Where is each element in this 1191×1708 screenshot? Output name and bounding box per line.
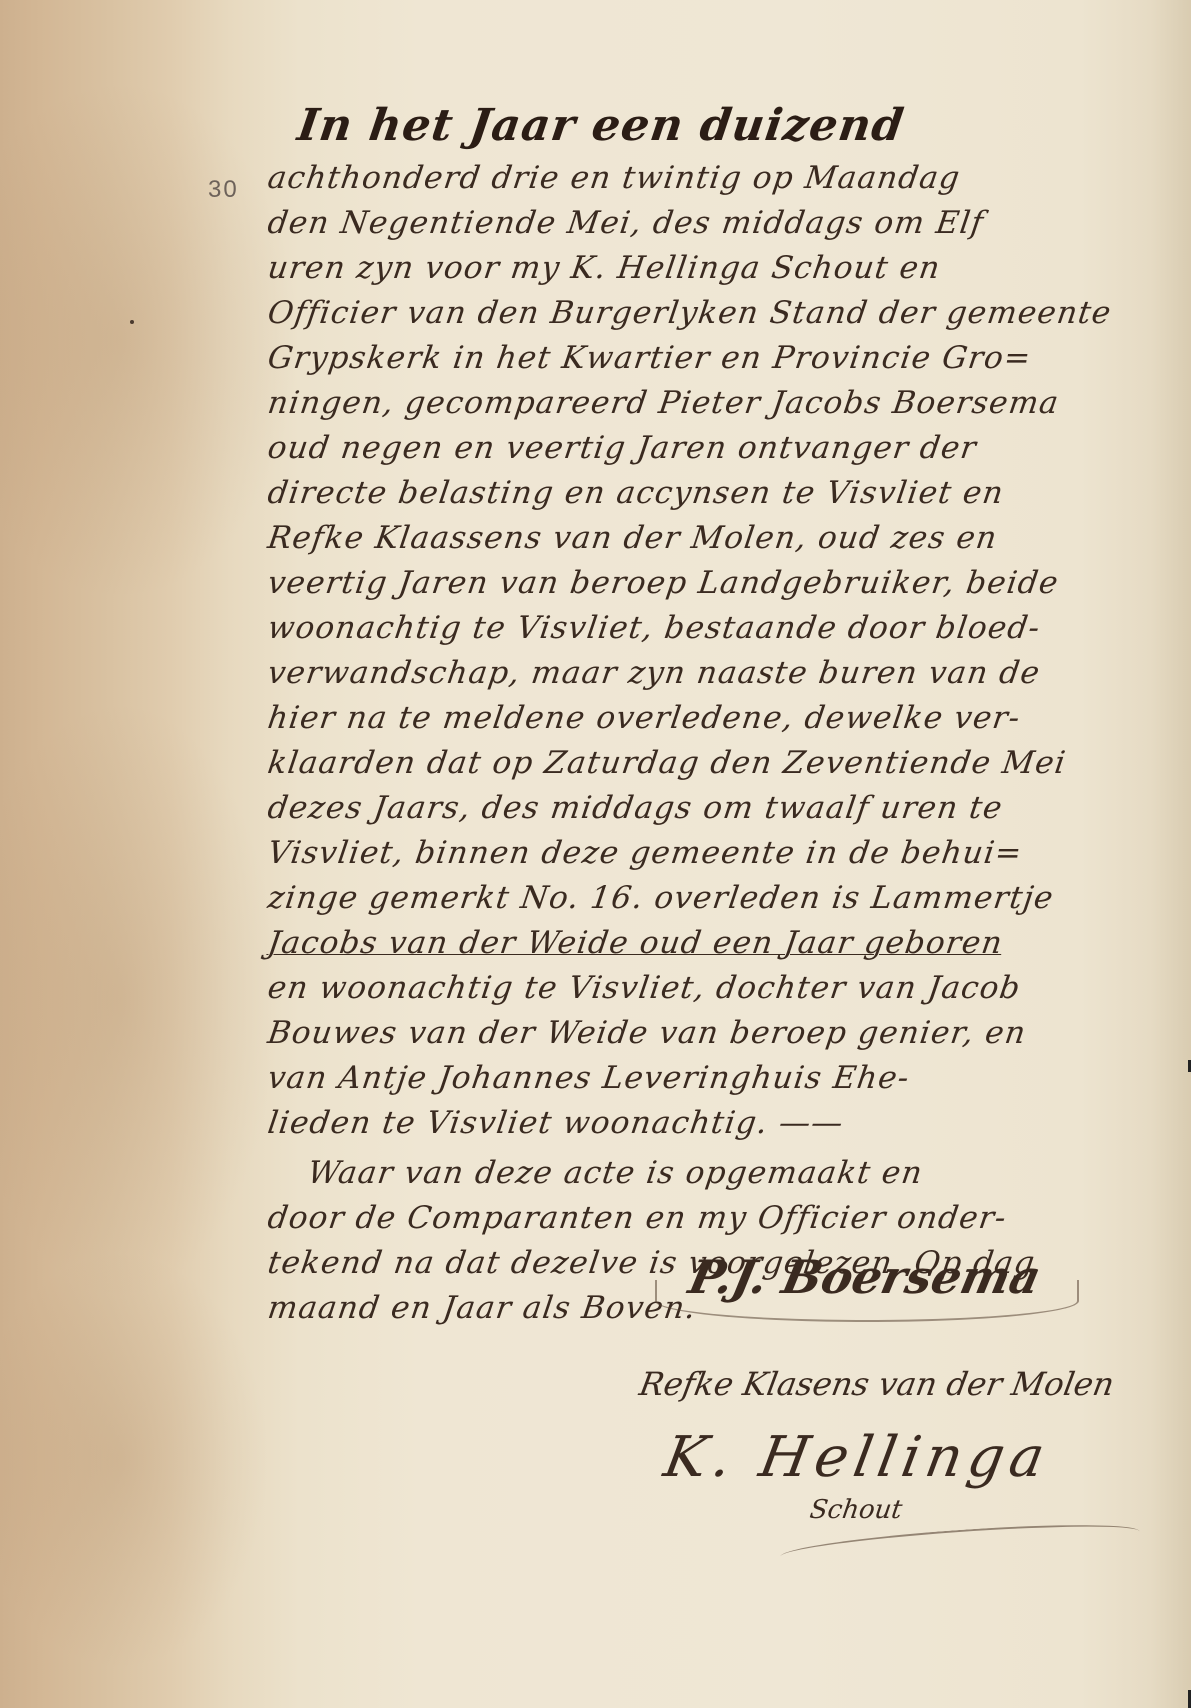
- text-line: verwandschap, maar zyn naaste buren van …: [265, 655, 1042, 691]
- text-line: den Negentiende Mei, des middags om Elf: [265, 205, 986, 241]
- text-line-deceased-name: Jacobs van der Weide oud een Jaar gebore…: [265, 925, 1005, 961]
- paper-stain: [0, 1250, 270, 1670]
- paper-stain: [0, 700, 280, 1300]
- margin-record-number: 30: [208, 176, 239, 204]
- signature-van-der-molen: Refke Klasens van der Molen: [637, 1365, 1117, 1403]
- text-line: Refke Klaassens van der Molen, oud zes e…: [265, 520, 999, 556]
- text-line: lieden te Visvliet woonachtig. ——: [265, 1105, 846, 1141]
- text-line: uren zyn voor my K. Hellinga Schout en: [265, 250, 943, 286]
- paper-stain: [0, 80, 300, 600]
- text-line: Bouwes van der Weide van beroep genier, …: [265, 1015, 1028, 1051]
- text-line: en woonachtig te Visvliet, dochter van J…: [265, 970, 1023, 1006]
- text-line: ningen, gecompareerd Pieter Jacobs Boers…: [265, 385, 1061, 421]
- text-line: van Antje Johannes Leveringhuis Ehe-: [265, 1060, 912, 1096]
- text-line: klaarden dat op Zaturdag den Zeventiende…: [265, 745, 1068, 781]
- signature-title-schout: Schout: [808, 1495, 904, 1525]
- text-line: zinge gemerkt No. 16. overleden is Lamme…: [265, 880, 1056, 916]
- signature-flourish: [779, 1517, 1140, 1570]
- text-line: achthonderd drie en twintig op Maandag: [265, 160, 962, 196]
- text-line: directe belasting en accynsen te Visvlie…: [265, 475, 1006, 511]
- text-line: veertig Jaren van beroep Landgebruiker, …: [265, 565, 1061, 601]
- text-line: maand en Jaar als Boven.: [265, 1290, 698, 1326]
- text-line: Grypskerk in het Kwartier en Provincie G…: [265, 340, 1033, 376]
- text-line: Officier van den Burgerlyken Stand der g…: [265, 295, 1114, 331]
- text-line: Waar van deze acte is opgemaakt en: [265, 1155, 925, 1191]
- text-line: hier na te meldene overledene, dewelke v…: [265, 700, 1022, 736]
- signature-hellinga: K. Hellinga: [659, 1425, 1055, 1490]
- text-line: dezes Jaars, des middags om twaalf uren …: [265, 790, 1005, 826]
- text-line: Visvliet, binnen deze gemeente in de beh…: [265, 835, 1024, 871]
- text-line: woonachtig te Visvliet, bestaande door b…: [265, 610, 1042, 646]
- text-line: door de Comparanten en my Officier onder…: [265, 1200, 1009, 1236]
- text-line: oud negen en veertig Jaren ontvanger der: [265, 430, 979, 466]
- ink-speck: [130, 320, 134, 324]
- document-page: 30 In het Jaar een duizend achthonderd d…: [0, 0, 1191, 1708]
- signature-flourish: [655, 1280, 1079, 1322]
- text-line: In het Jaar een duizend: [294, 100, 907, 151]
